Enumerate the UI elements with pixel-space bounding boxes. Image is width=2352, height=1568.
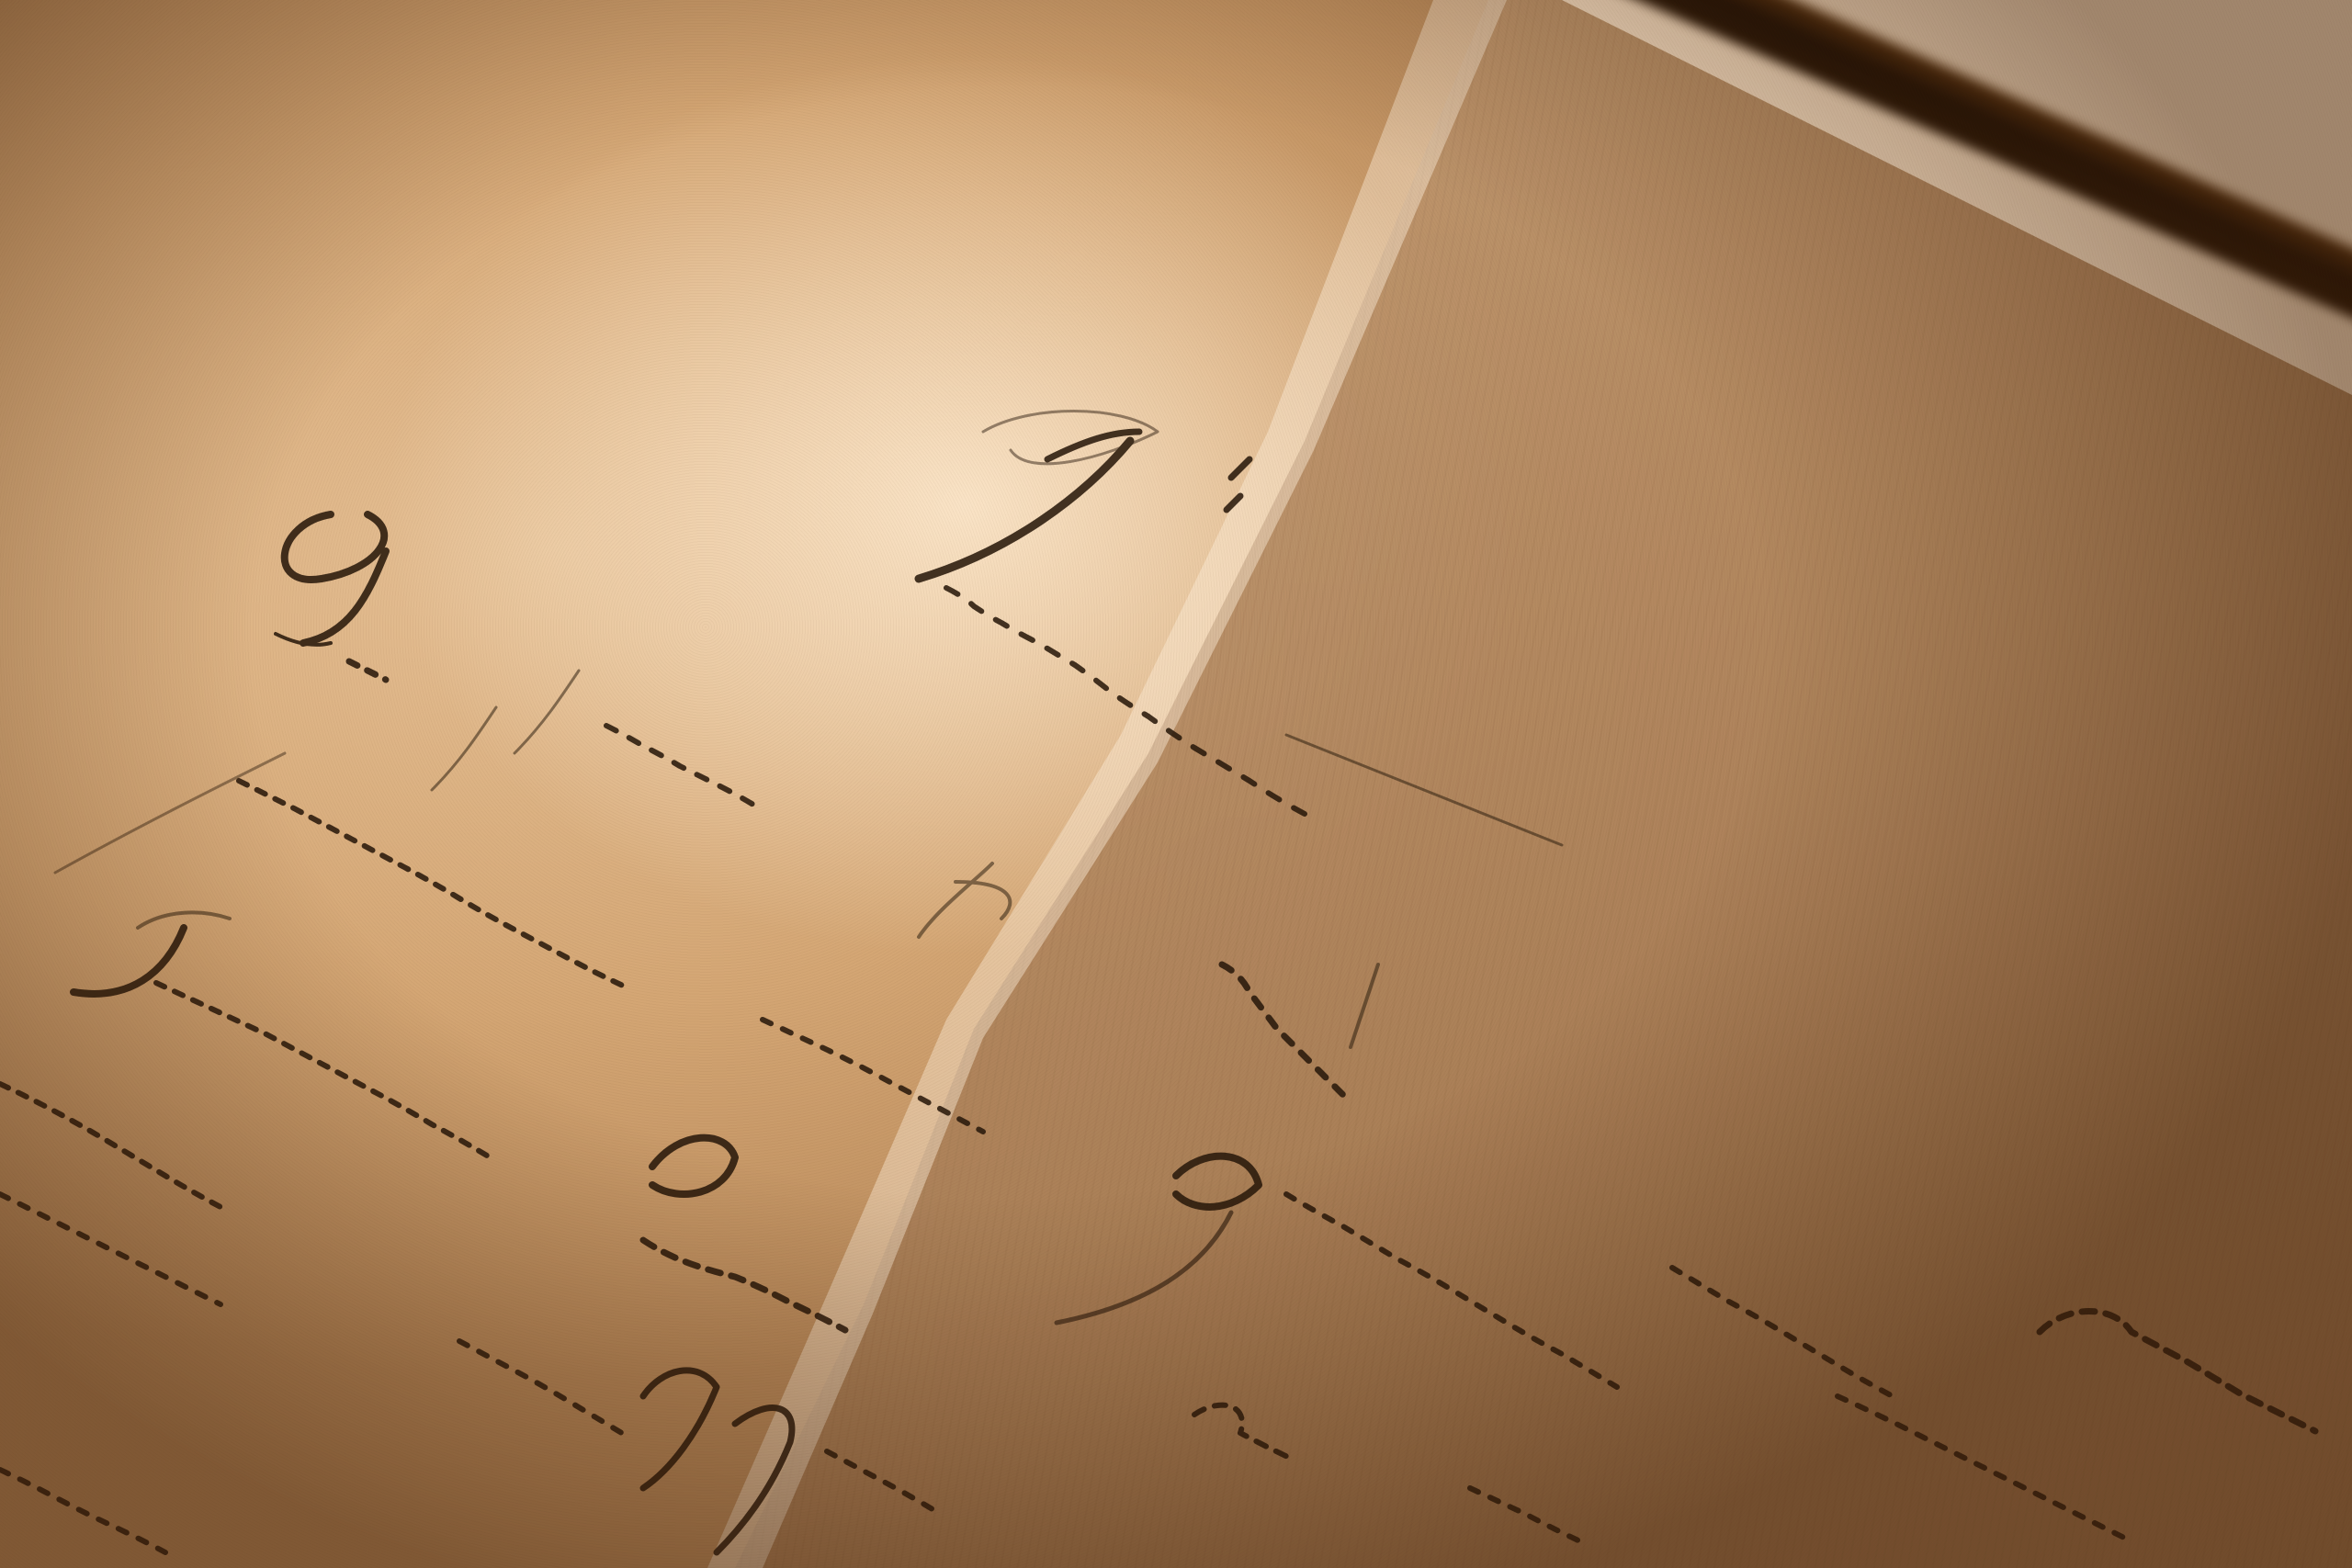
cursive-strokes-icon <box>0 0 2352 1568</box>
handwritten-script <box>0 0 2352 1568</box>
letter-photo: Sepia-toned close-up photograph of an ol… <box>0 0 2352 1568</box>
